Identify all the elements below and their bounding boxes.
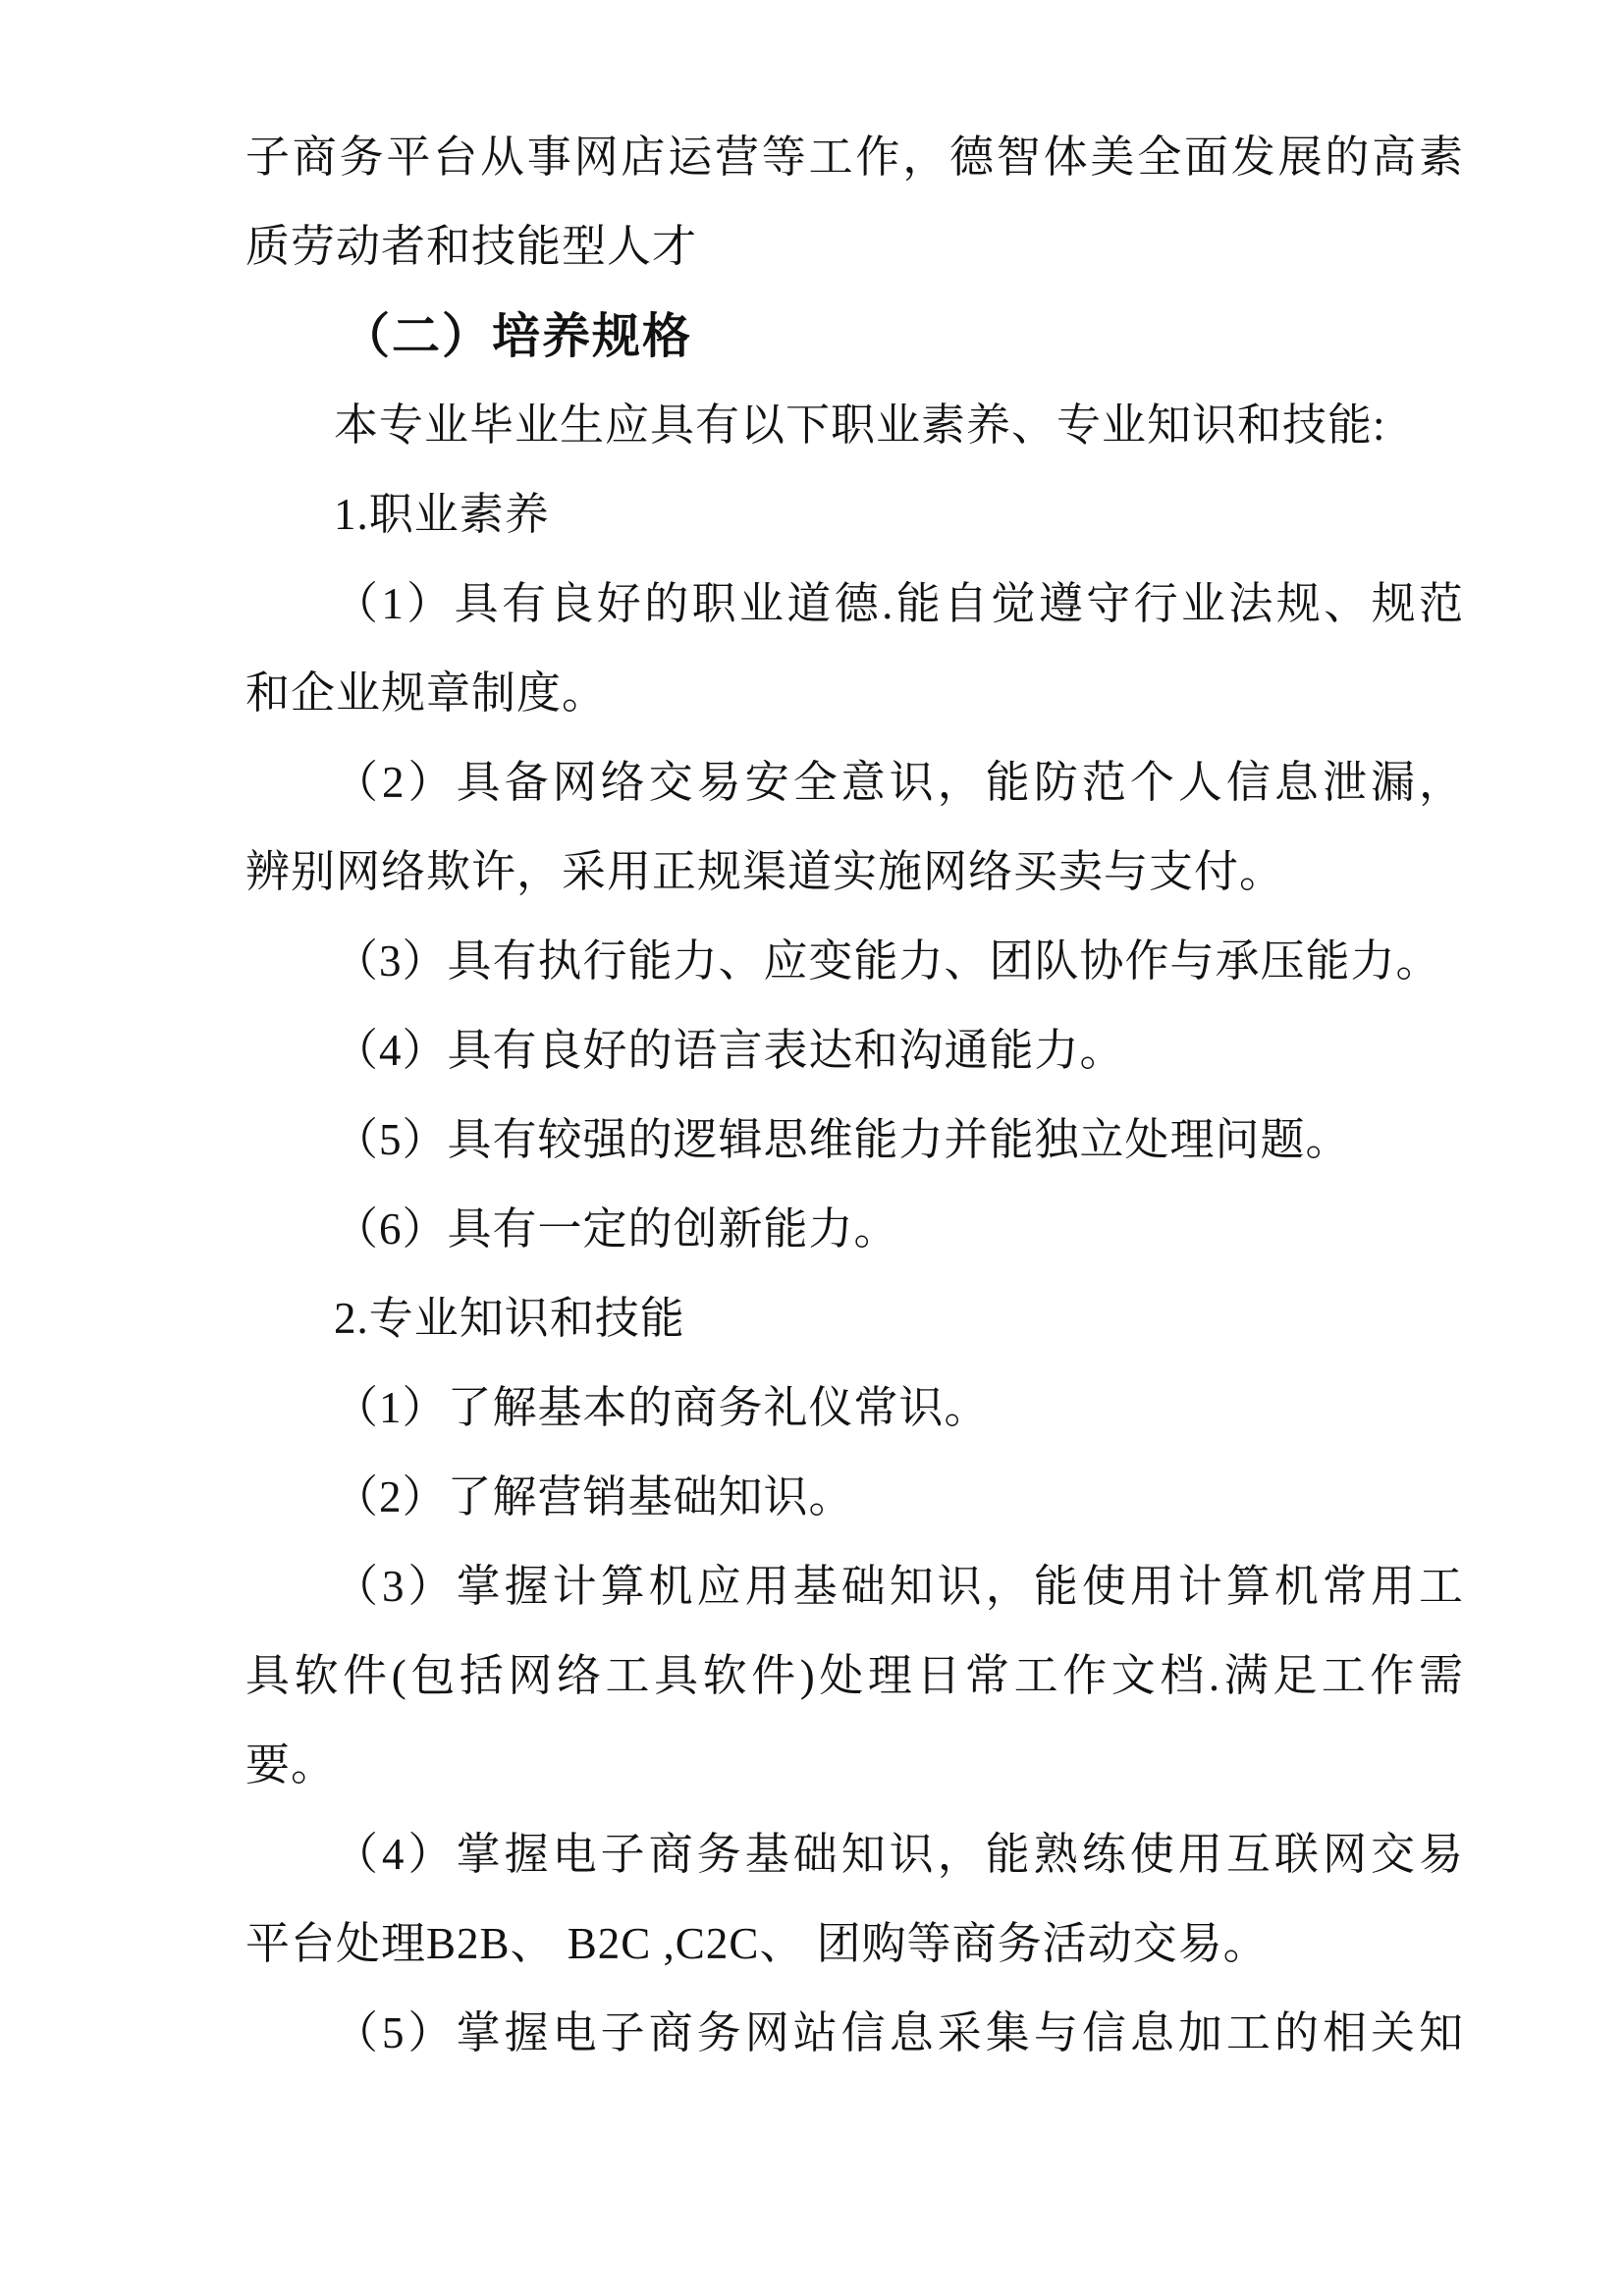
- document-line: 要。: [245, 1721, 1463, 1810]
- document-line: （6）具有一定的创新能力。: [245, 1185, 1463, 1274]
- document-text-block: 子商务平台从事网店运营等工作，德智体美全面发展的高素质劳动者和技能型人才（二）培…: [245, 113, 1463, 2078]
- document-line: （5）掌握电子商务网站信息采集与信息加工的相关知: [245, 1989, 1463, 2078]
- document-line: （3）掌握计算机应用基础知识，能使用计算机常用工: [245, 1542, 1463, 1631]
- document-line: 和企业规章制度。: [245, 649, 1463, 738]
- document-line: （1）了解基本的商务礼仪常识。: [245, 1363, 1463, 1453]
- document-line: （4）掌握电子商务基础知识，能熟练使用互联网交易: [245, 1810, 1463, 1899]
- document-line: （2）具备网络交易安全意识，能防范个人信息泄漏，: [245, 738, 1463, 828]
- document-line: 辨别网络欺许，采用正规渠道实施网络买卖与支付。: [245, 828, 1463, 917]
- document-line: （4）具有良好的语言表达和沟通能力。: [245, 1006, 1463, 1095]
- document-line: 本专业毕业生应具有以下职业素养、专业知识和技能:: [245, 381, 1463, 470]
- document-line: （5）具有较强的逻辑思维能力并能独立处理问题。: [245, 1095, 1463, 1185]
- document-line: 1.职业素养: [245, 470, 1463, 560]
- document-line: 质劳动者和技能型人才: [245, 202, 1463, 292]
- document-line: 平台处理B2B、 B2C ,C2C、 团购等商务活动交易。: [245, 1899, 1463, 1989]
- document-line: （2）了解营销基础知识。: [245, 1453, 1463, 1542]
- document-line: （1）具有良好的职业道德.能自觉遵守行业法规、规范: [245, 560, 1463, 649]
- document-line: 子商务平台从事网店运营等工作，德智体美全面发展的高素: [245, 113, 1463, 202]
- document-line: 具软件(包括网络工具软件)处理日常工作文档.满足工作需: [245, 1631, 1463, 1721]
- document-line: （3）具有执行能力、应变能力、团队协作与承压能力。: [245, 917, 1463, 1006]
- section-heading: （二）培养规格: [245, 292, 1463, 381]
- document-line: 2.专业知识和技能: [245, 1274, 1463, 1363]
- document-page: 子商务平台从事网店运营等工作，德智体美全面发展的高素质劳动者和技能型人才（二）培…: [0, 0, 1624, 2296]
